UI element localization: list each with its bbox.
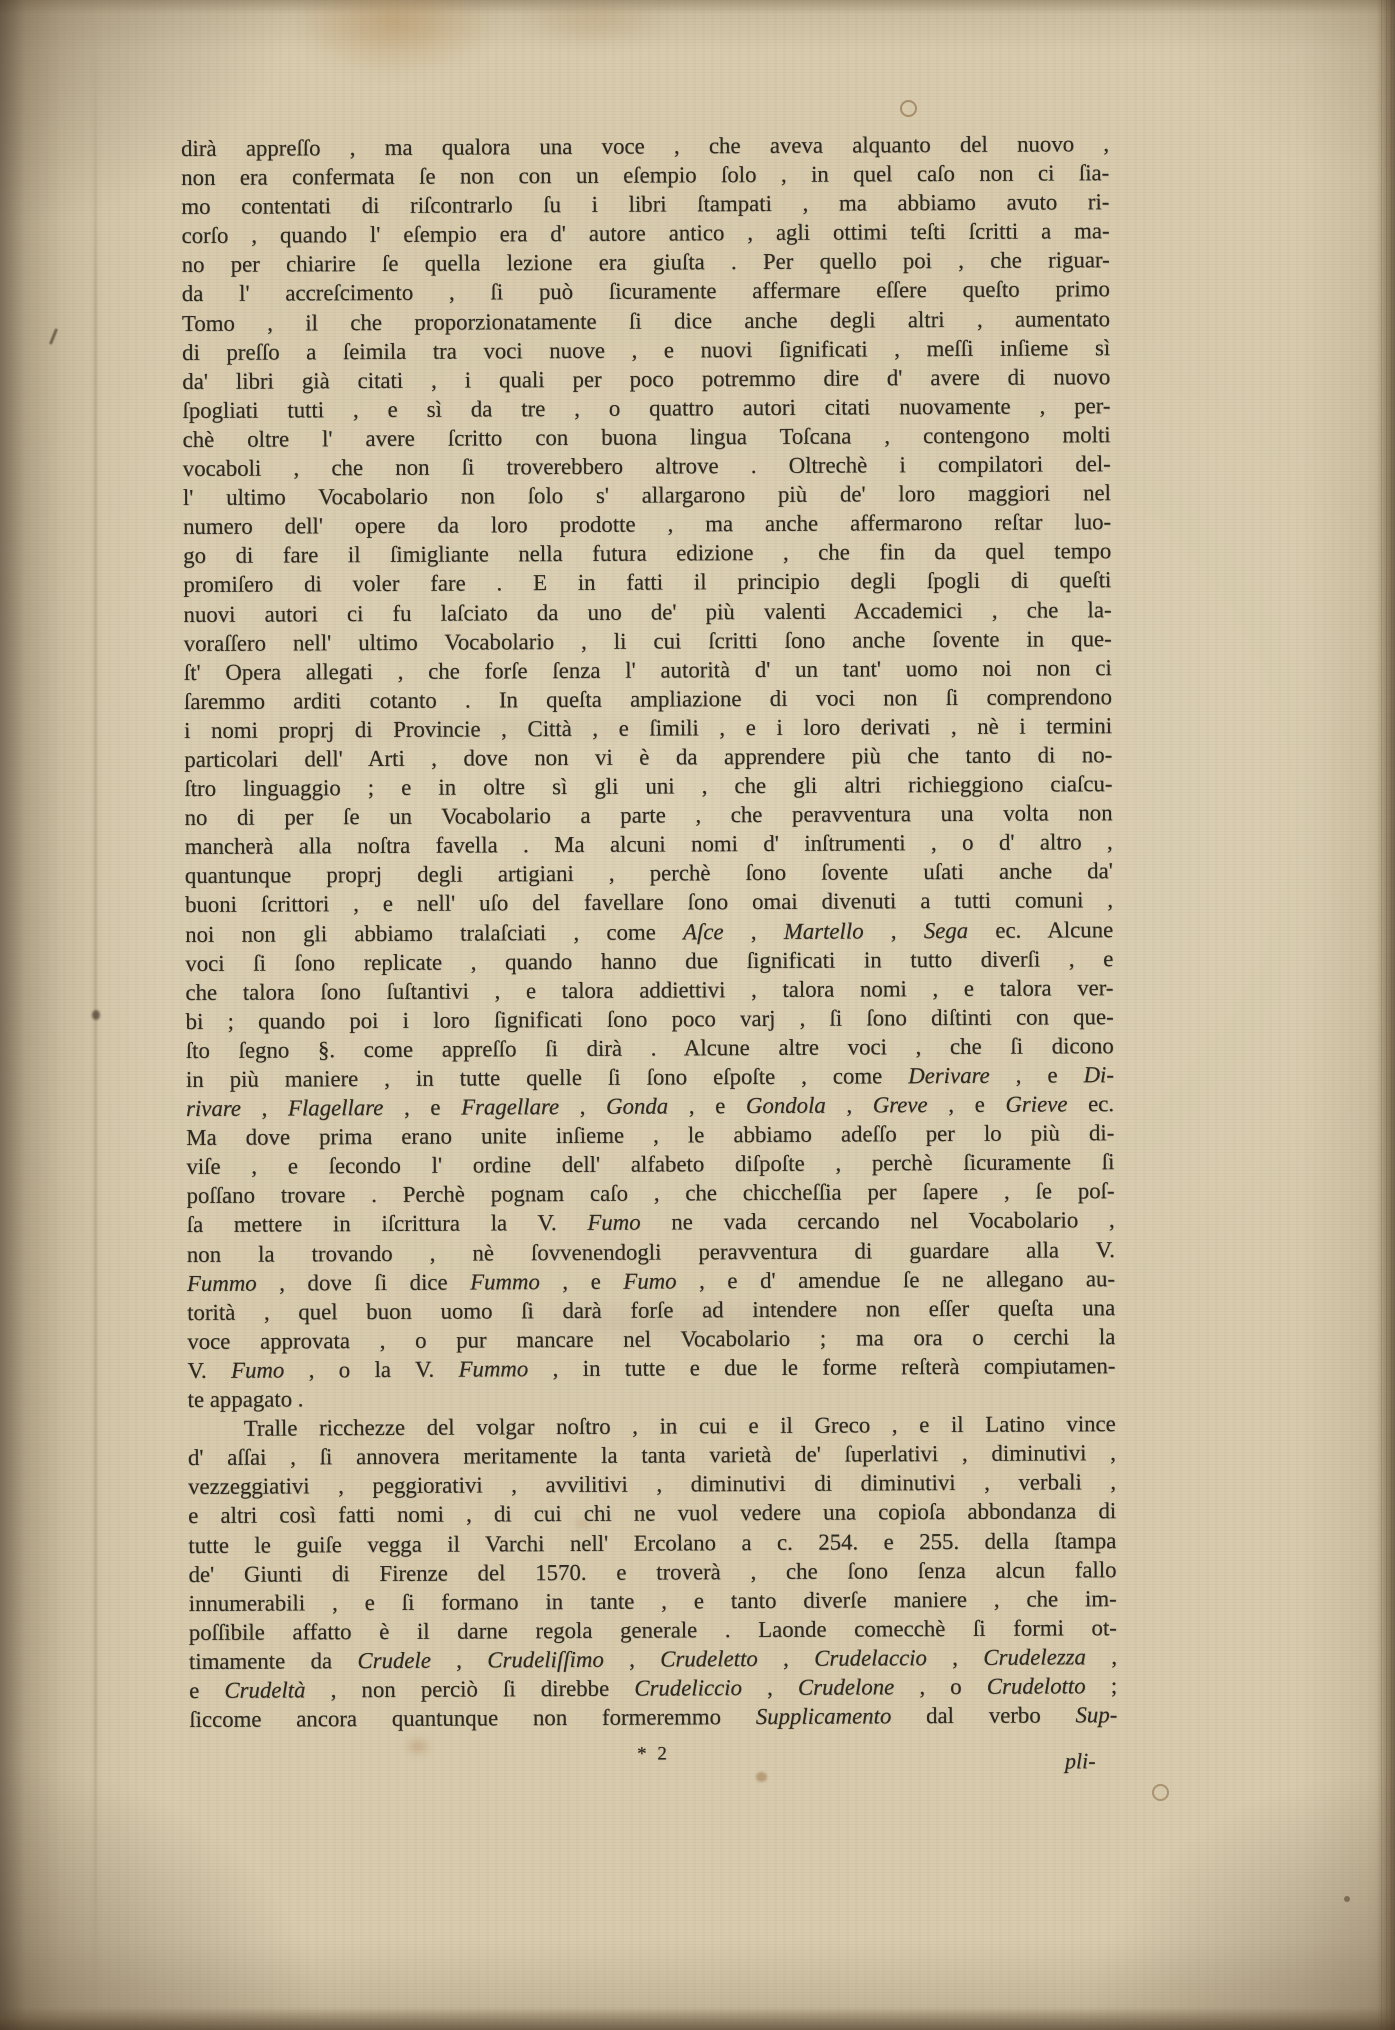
text-line: ſa mettere in iſcrittura la V. Fumo ne v… xyxy=(187,1206,1115,1240)
text-line: Fummo , dove ſi dice Fummo , e Fumo , e … xyxy=(187,1264,1115,1298)
text-line: buoni ſcrittori , e nell' uſo del favell… xyxy=(185,886,1113,920)
text-line: de' Giunti di Firenze del 1570. e trover… xyxy=(188,1555,1116,1589)
catchword: pli- xyxy=(1065,1746,1096,1775)
text-line: da l' accreſcimento , ſi può ſicuramente… xyxy=(182,275,1110,309)
gutter-crease xyxy=(94,0,97,2030)
text-line: e altri così fatti nomi , di cui chi ne … xyxy=(188,1497,1116,1531)
paper-stain xyxy=(1152,1784,1169,1801)
paper-stain xyxy=(295,0,495,78)
text-line: Tomo , il che proporzionatamente ſi dice… xyxy=(182,304,1110,338)
text-line: ſt' Opera allegati , che forſe ſenza l' … xyxy=(184,653,1112,687)
text-line: voce approvata , o pur mancare nel Vocab… xyxy=(187,1322,1115,1356)
text-line: ſiccome ancora quantunque non formeremmo… xyxy=(189,1700,1117,1734)
text-line: voci ſi ſono replicate , quando hanno du… xyxy=(185,944,1113,978)
text-line: voraſſero nell' ultimo Vocabolario , li … xyxy=(184,624,1112,658)
text-line: ſpogliati tutti , e sì da tre , o quattr… xyxy=(182,391,1110,425)
paper-stain xyxy=(1344,1896,1350,1902)
text-line: noi non gli abbiamo tralaſciati , come A… xyxy=(185,915,1113,949)
text-line: promiſero di voler fare . E in fatti il … xyxy=(183,566,1111,600)
text-line: bi ; quando poi i loro ſignificati ſono … xyxy=(186,1002,1114,1036)
text-line: da' libri già citati , i quali per poco … xyxy=(182,362,1110,396)
scanned-page: { "page": { "paper_color": "#d8cbae", "i… xyxy=(0,0,1395,2030)
text-line: che talora ſono ſuſtantivi , e talora ad… xyxy=(185,973,1113,1007)
page-text-block: dirà appreſſo , ma qualora una voce , ch… xyxy=(181,129,1118,1834)
text-line: non la trovando , nè ſovvenendogli perav… xyxy=(187,1235,1115,1269)
text-line: ſaremmo arditi cotanto . In queſta ampli… xyxy=(184,682,1112,716)
text-line: di preſſo a ſeimila tra voci nuove , e n… xyxy=(182,333,1110,367)
paper-stain xyxy=(520,0,670,48)
paper-stain xyxy=(900,100,917,117)
paper-stain xyxy=(49,328,58,345)
text-line: poſſibile affatto è il darne regola gene… xyxy=(189,1613,1117,1647)
text-line: nuovi autori ci fu laſciato da uno de' p… xyxy=(183,595,1111,629)
page-edge-right xyxy=(1377,0,1395,2030)
text-line: V. Fumo , o la V. Fummo , in tutte e due… xyxy=(187,1351,1115,1385)
text-lines: dirà appreſſo , ma qualora una voce , ch… xyxy=(181,129,1117,1734)
paper-stain xyxy=(92,1010,100,1020)
text-line: innumerabili , e ſi formano in tante , e… xyxy=(189,1584,1117,1618)
signature-mark: * 2 xyxy=(189,1737,1117,1771)
page-edge-bottom xyxy=(0,2008,1395,2030)
text-line: tutte le guiſe vegga il Varchi nell' Erc… xyxy=(188,1526,1116,1560)
text-line: torità , quel buon uomo ſi darà forſe ad… xyxy=(187,1293,1115,1327)
